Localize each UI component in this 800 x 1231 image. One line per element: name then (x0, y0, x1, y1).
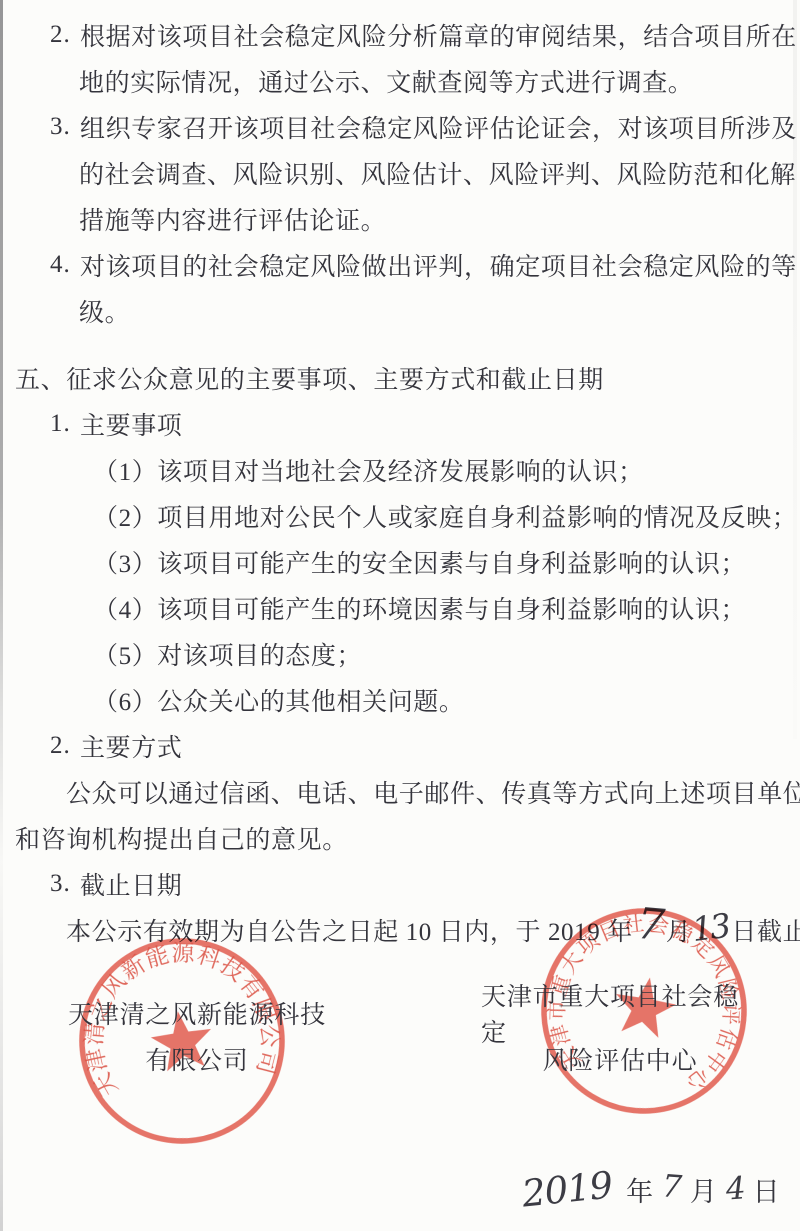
sub1-item-3: （3）该项目可能产生的安全因素与自身利益影响的认识； (0, 539, 800, 585)
text-line: 公众可以通过信函、电话、电子邮件、传真等方式向上述项目单位 (66, 774, 800, 810)
list-item-3-line-2: 的社会调查、风险识别、风险估计、风险评判、风险防范和化解 (0, 150, 800, 196)
handwritten-year: 2019 (520, 1166, 614, 1212)
section-5-heading: 五、征求公众意见的主要事项、主要方式和截止日期 (0, 355, 800, 401)
sub1-item-5: （5）对该项目的态度； (0, 631, 800, 677)
text-line: （6）公众关心的其他相关问题。 (93, 682, 465, 718)
deadline-line: 本公示有效期为自公告之日起 10 日内，于 2019 年 7 月 13 日截止。 (0, 907, 800, 953)
list-item-4-line-2: 级。 (0, 288, 800, 334)
company-name-line-1: 天津清之风新能源科技 (68, 990, 326, 1036)
text-line: 级。 (79, 293, 130, 329)
sub2-paragraph-line-2: 和咨询机构提出自己的意见。 (0, 815, 800, 861)
text-line: （5）对该项目的态度； (93, 636, 362, 672)
deadline-month-unit: 月 (666, 912, 692, 948)
text-line: （4）该项目可能产生的环境因素与自身利益影响的认识； (93, 590, 746, 626)
handwritten-day: 4 (725, 1173, 747, 1205)
center-name-line-1: 天津市重大项目社会稳定 (481, 990, 759, 1036)
sub1-item-2: （2）项目用地对公民个人或家庭自身利益影响的情况及反映； (0, 493, 800, 539)
sub2-paragraph-line-1: 公众可以通过信函、电话、电子邮件、传真等方式向上述项目单位 (0, 769, 800, 815)
subsection-3-heading: 3. 截止日期 (0, 861, 800, 907)
sub1-item-1: （1）该项目对当地社会及经济发展影响的认识； (0, 447, 800, 493)
list-number: 1. (50, 410, 71, 438)
deadline-suffix: 日截止。 (731, 912, 800, 948)
text-line: 和咨询机构提出自己的意见。 (15, 820, 348, 856)
subsection-2-heading: 2. 主要方式 (0, 723, 800, 769)
document-body: 2. 根据对该项目社会稳定风险分析篇章的审阅结果，结合项目所在 地的实际情况，通… (0, 12, 800, 953)
scanned-document-page: 2. 根据对该项目社会稳定风险分析篇章的审阅结果，结合项目所在 地的实际情况，通… (0, 0, 800, 1231)
deadline-prefix: 本公示有效期为自公告之日起 10 日内，于 2019 年 (66, 912, 633, 948)
text-line: （2）项目用地对公民个人或家庭自身利益影响的情况及反映； (93, 498, 797, 534)
list-item-3-line-3: 措施等内容进行评估论证。 (0, 196, 800, 242)
text-line: 主要方式 (80, 728, 182, 764)
heading-text: 五、征求公众意见的主要事项、主要方式和截止日期 (15, 360, 604, 396)
list-number: 4. (50, 251, 71, 279)
company-name-line-2: 有限公司 (68, 1036, 326, 1082)
handwritten-month: 7 (635, 902, 667, 947)
signature-block-company: 天津清之风新能源科技 有限公司 (68, 990, 326, 1082)
sub1-item-4: （4）该项目可能产生的环境因素与自身利益影响的认识； (0, 585, 800, 631)
sub1-item-6: （6）公众关心的其他相关问题。 (0, 677, 800, 723)
text-line: （3）该项目可能产生的安全因素与自身利益影响的认识； (93, 544, 746, 580)
text-line: 组织专家召开该项目社会稳定风险评估论证会，对该项目所涉及 (80, 109, 797, 145)
date-line: 2019 年 7 月 4 日 (522, 1170, 789, 1209)
signature-block-center: 天津市重大项目社会稳定 风险评估中心 (481, 990, 759, 1082)
text-line: （1）该项目对当地社会及经济发展影响的认识； (93, 452, 644, 488)
list-number: 3. (50, 113, 71, 141)
list-item-2-line-1: 2. 根据对该项目社会稳定风险分析篇章的审阅结果，结合项目所在 (0, 12, 800, 58)
day-unit: 日 (753, 1170, 780, 1209)
text-line: 对该项目的社会稳定风险做出评判，确定项目社会稳定风险的等 (80, 247, 797, 283)
year-unit: 年 (626, 1170, 653, 1209)
subsection-1-heading: 1. 主要事项 (0, 401, 800, 447)
list-item-3-line-1: 3. 组织专家召开该项目社会稳定风险评估论证会，对该项目所涉及 (0, 104, 800, 150)
text-line: 措施等内容进行评估论证。 (79, 201, 386, 237)
text-line: 的社会调查、风险识别、风险估计、风险评判、风险防范和化解 (79, 155, 796, 191)
list-item-4-line-1: 4. 对该项目的社会稳定风险做出评判，确定项目社会稳定风险的等 (0, 242, 800, 288)
text-line: 根据对该项目社会稳定风险分析篇章的审阅结果，结合项目所在 (80, 17, 797, 53)
handwritten-day: 13 (691, 908, 731, 945)
list-number: 3. (50, 870, 71, 898)
text-line: 地的实际情况，通过公示、文献查阅等方式进行调查。 (79, 63, 693, 99)
list-number: 2. (50, 732, 71, 760)
list-item-2-line-2: 地的实际情况，通过公示、文献查阅等方式进行调查。 (0, 58, 800, 104)
handwritten-month: 7 (661, 1171, 683, 1203)
text-line: 截止日期 (80, 866, 182, 902)
list-number: 2. (50, 21, 71, 49)
month-unit: 月 (690, 1170, 717, 1209)
text-line: 主要事项 (80, 406, 182, 442)
